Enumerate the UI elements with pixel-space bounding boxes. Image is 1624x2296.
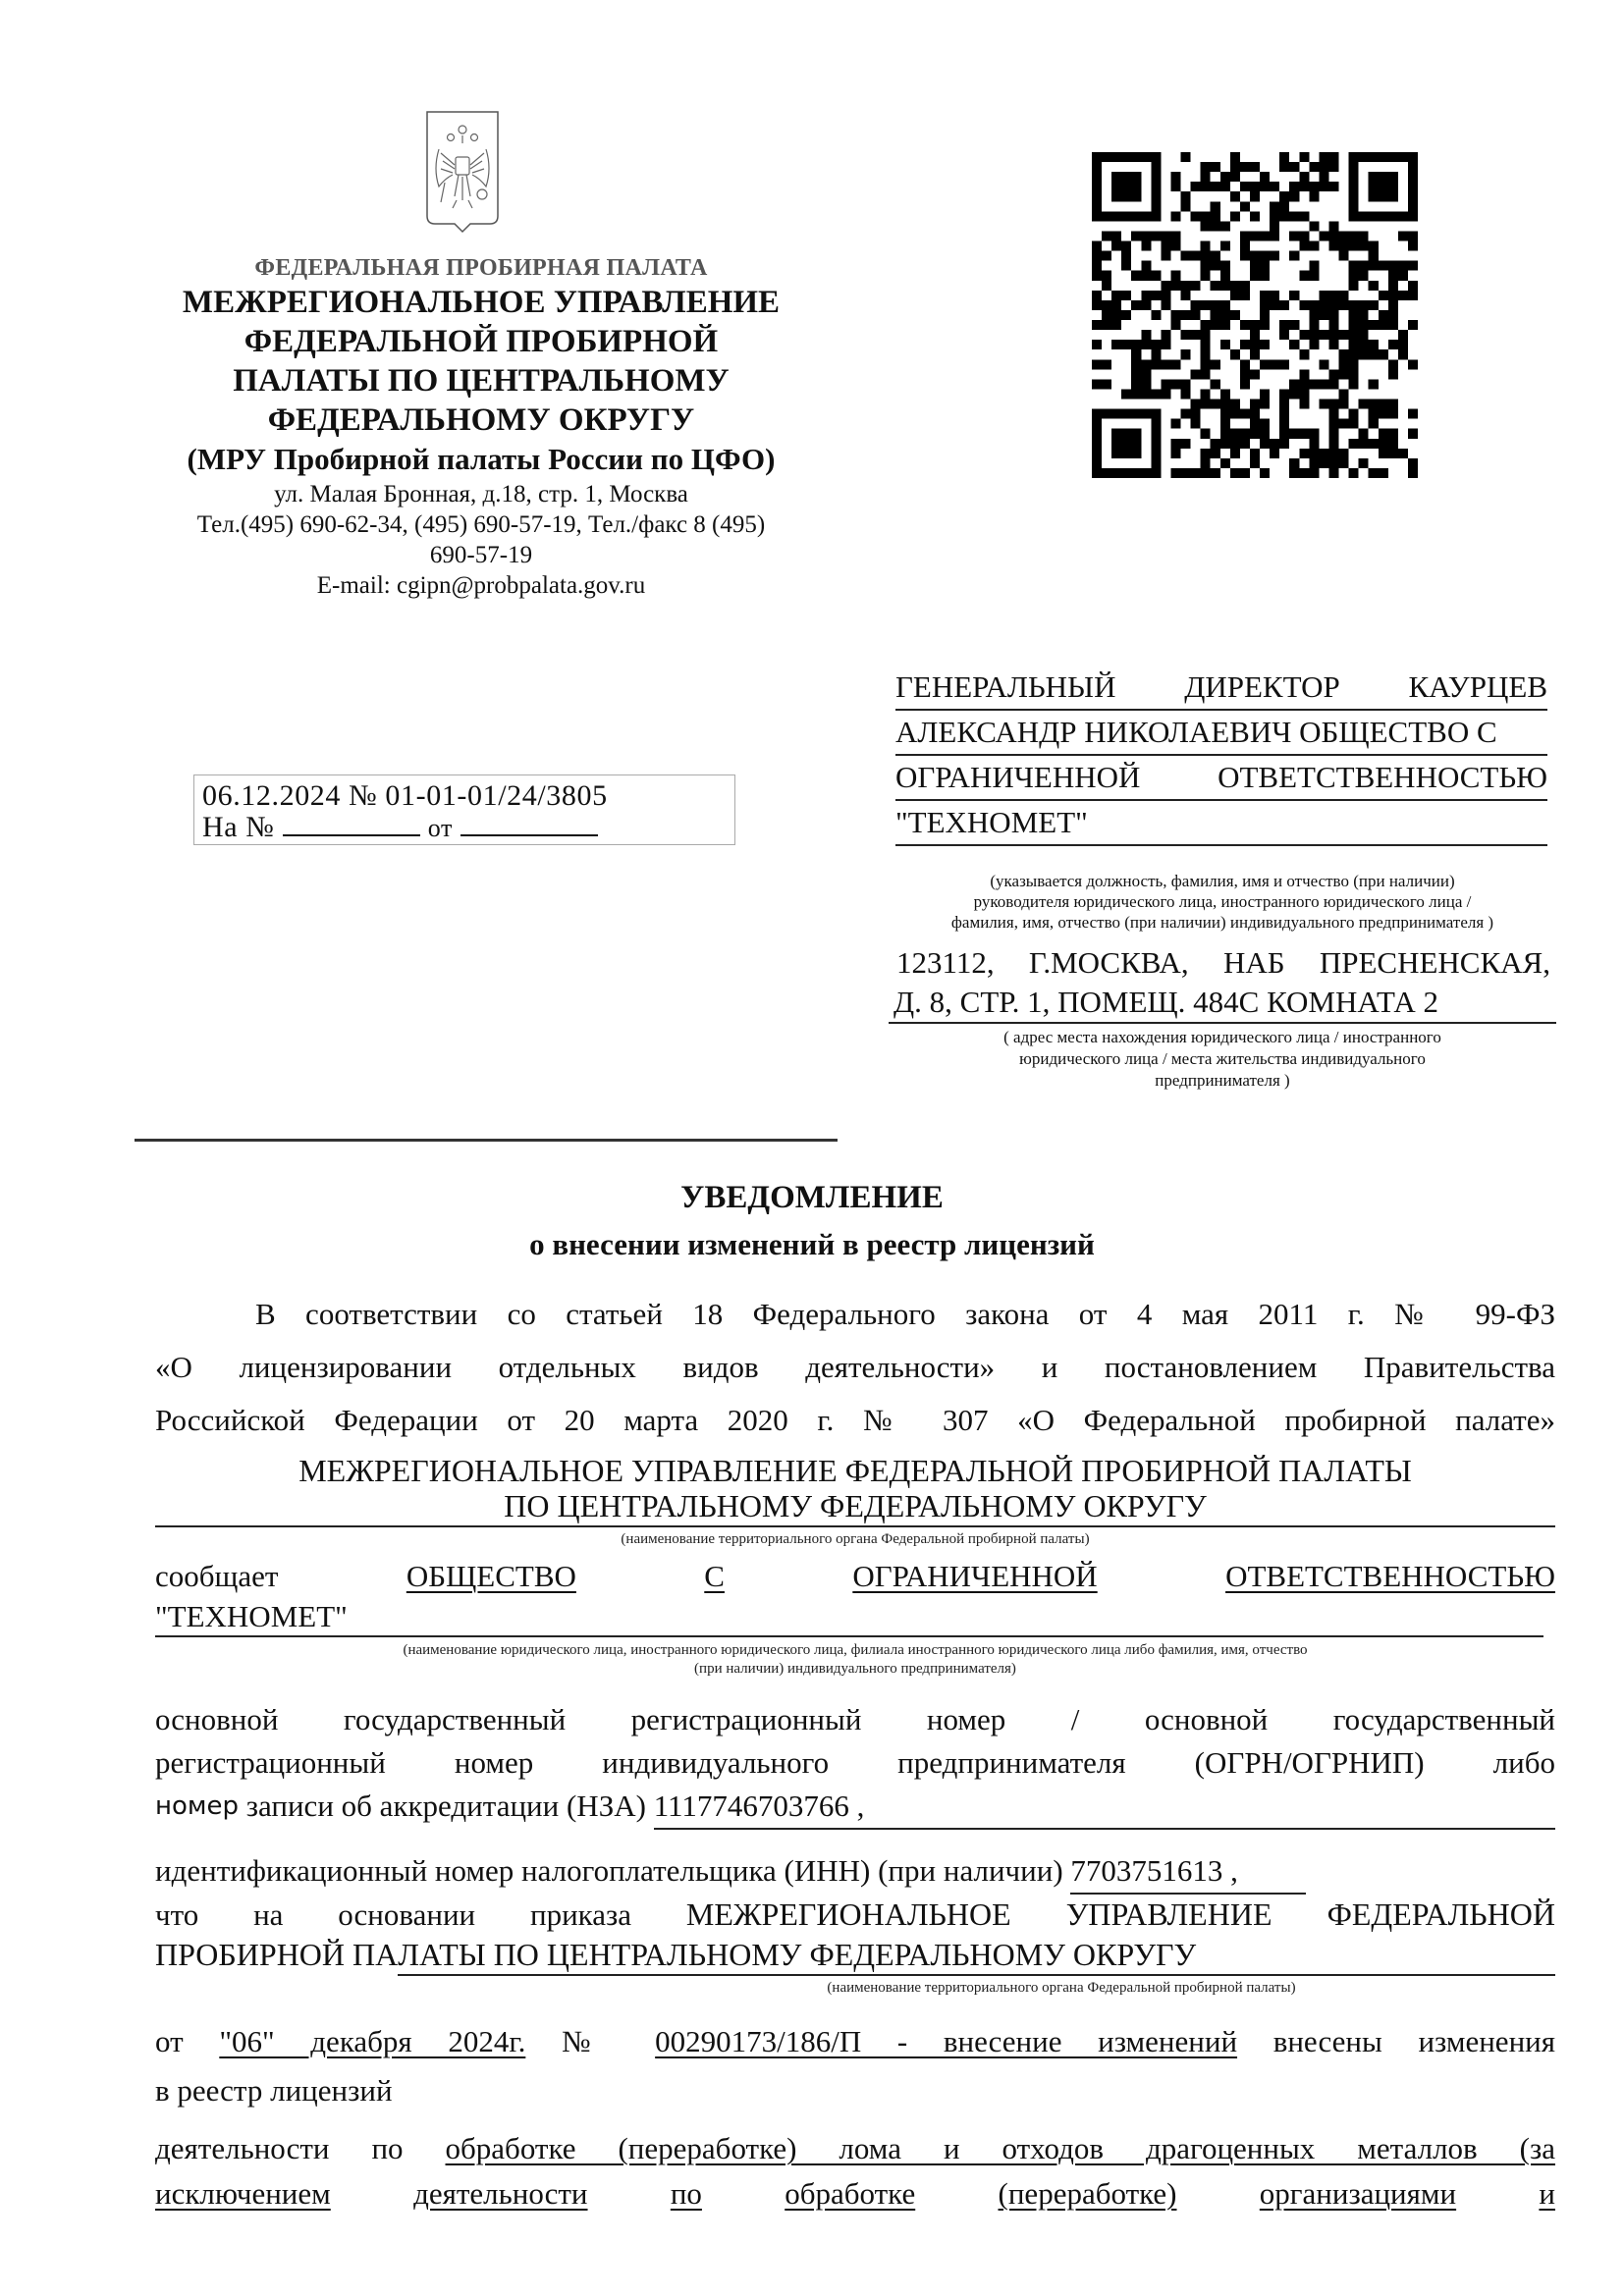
department-name-line: ПАЛАТЫ ПО ЦЕНТРАЛЬНОМУ [147, 361, 815, 400]
document-title: УВЕДОМЛЕНИЕ [0, 1178, 1624, 1217]
addressee-line: ГЕНЕРАЛЬНЫЙ ДИРЕКТОР КАУРЦЕВ [895, 666, 1547, 711]
incoming-number-label: На № [202, 811, 275, 843]
reports-line: сообщает ОБЩЕСТВО С ОГРАНИЧЕННОЙ ОТВЕТСТ… [155, 1555, 1555, 1598]
intro-line: Российской Федерации от 20 марта 2020 г.… [155, 1394, 1555, 1447]
activity-line-cont: исключением деятельности по обработке (п… [155, 2174, 1555, 2214]
order-details-cont: в реестр лицензий [155, 2066, 1555, 2115]
incoming-reference: На № от [202, 812, 734, 844]
activity-description: обработке (переработке) лома и отходов д… [446, 2131, 1555, 2165]
reports-label: сообщает [155, 1555, 278, 1598]
incoming-date-blank [460, 834, 598, 836]
addressee-line: "ТЕХНОМЕТ" [895, 801, 1547, 846]
inn-line: идентификационный номер налогоплательщик… [155, 1849, 1555, 1895]
qr-code-icon [1092, 152, 1418, 478]
addressee-line: АЛЕКСАНДР НИКОЛАЕВИЧ ОБЩЕСТВО С [895, 711, 1547, 756]
intro-line: В соответствии со статьей 18 Федеральног… [155, 1288, 1555, 1341]
incoming-number-blank [283, 834, 420, 836]
issuer-address: ул. Малая Бронная, д.18, стр. 1, Москва [147, 479, 815, 509]
department-name-line: ФЕДЕРАЛЬНОЙ ПРОБИРНОЙ [147, 322, 815, 361]
activity-line: деятельности по обработке (переработке) … [155, 2123, 1555, 2174]
divider [135, 1139, 838, 1142]
addressee-hint: (указывается должность, фамилия, имя и о… [884, 871, 1561, 933]
ogrn-paragraph: основной государственный регистрационный… [155, 1698, 1555, 1830]
company-name-cont: "ТЕХНОМЕТ" [155, 1598, 1543, 1637]
addressee-line: ОГРАНИЧЕННОЙ ОТВЕТСТВЕННОСТЬЮ [895, 756, 1547, 801]
authority-hint: (наименование территориального органа Фе… [155, 1530, 1555, 1549]
company-hint: (наименование юридического лица, иностра… [155, 1641, 1555, 1679]
issuer-phones-cont: 690-57-19 [147, 540, 815, 570]
addressee-postal-address: 123112, Г.МОСКВА, НАБ ПРЕСНЕНСКАЯ, Д. 8,… [889, 942, 1556, 1024]
order-details-line: от "06" декабря 2024г. № 00290173/186/П … [155, 2017, 1555, 2066]
outgoing-number: 06.12.2024 № 01-01-01/24/3805 [202, 779, 734, 812]
order-authority-hint: (наименование территориального органа Фе… [155, 1979, 1555, 1998]
addressee-block: ГЕНЕРАЛЬНЫЙ ДИРЕКТОР КАУРЦЕВ АЛЕКСАНДР Н… [895, 666, 1547, 846]
issuer-email: E-mail: cgipn@probpalata.gov.ru [147, 570, 815, 601]
authority-name: МЕЖРЕГИОНАЛЬНОЕ УПРАВЛЕНИЕ ФЕДЕРАЛЬНОЙ П… [155, 1453, 1555, 1527]
outgoing-reference-box: 06.12.2024 № 01-01-01/24/3805 На № от [193, 774, 735, 845]
intro-line: «О лицензировании отдельных видов деятел… [155, 1341, 1555, 1394]
department-abbreviation: (МРУ Пробирной палаты России по ЦФО) [147, 440, 815, 479]
order-line: что на основании приказа МЕЖРЕГИОНАЛЬНОЕ… [155, 1895, 1555, 1935]
document-body: В соответствии со статьей 18 Федеральног… [155, 1288, 1555, 2214]
document-subtitle: о внесении изменений в реестр лицензий [0, 1225, 1624, 1264]
incoming-date-label: от [428, 814, 453, 842]
issuer-phones: Тел.(495) 690-62-34, (495) 690-57-19, Те… [147, 509, 815, 540]
russian-coat-of-arms-icon [425, 110, 500, 241]
department-name-line: МЕЖРЕГИОНАЛЬНОЕ УПРАВЛЕНИЕ [147, 283, 815, 322]
address-hint: ( адрес места нахождения юридического ли… [889, 1027, 1556, 1092]
department-name-line: ФЕДЕРАЛЬНОМУ ОКРУГУ [147, 400, 815, 440]
order-authority-cont: ПРОБИРНОЙ ПАЛАТЫ ПО ЦЕНТРАЛЬНОМУ ФЕДЕРАЛ… [155, 1935, 1555, 1976]
order-number: 00290173/186/П - внесение изменений [655, 2024, 1237, 2058]
order-date: "06" декабря 2024г. [219, 2024, 525, 2058]
agency-name: ФЕДЕРАЛЬНАЯ ПРОБИРНАЯ ПАЛАТА [147, 253, 815, 283]
inn-value: 7703751613 , [1070, 1849, 1306, 1895]
issuer-header: ФЕДЕРАЛЬНАЯ ПРОБИРНАЯ ПАЛАТА МЕЖРЕГИОНАЛ… [147, 253, 815, 601]
ogrn-value: 1117746703766 , [654, 1785, 1555, 1830]
